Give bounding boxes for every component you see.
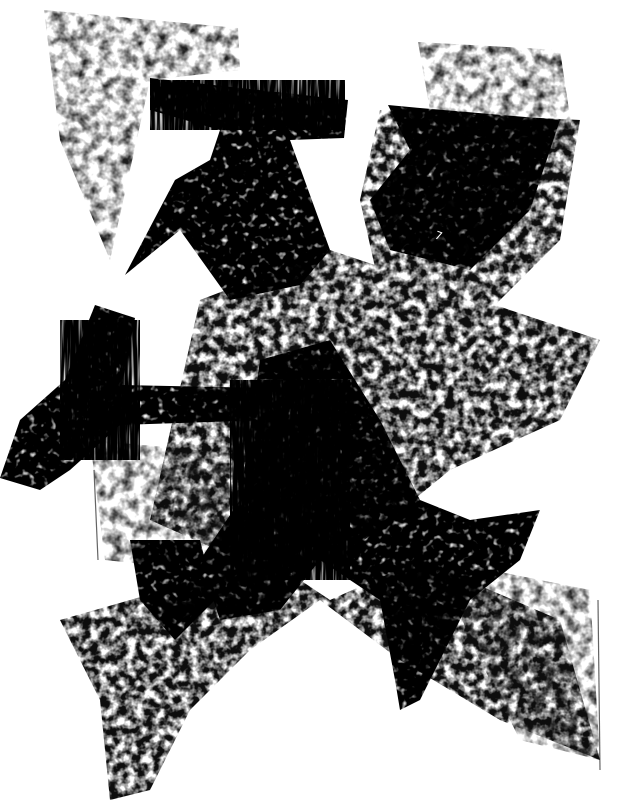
monoprint-artwork: 7 bbox=[0, 0, 638, 800]
